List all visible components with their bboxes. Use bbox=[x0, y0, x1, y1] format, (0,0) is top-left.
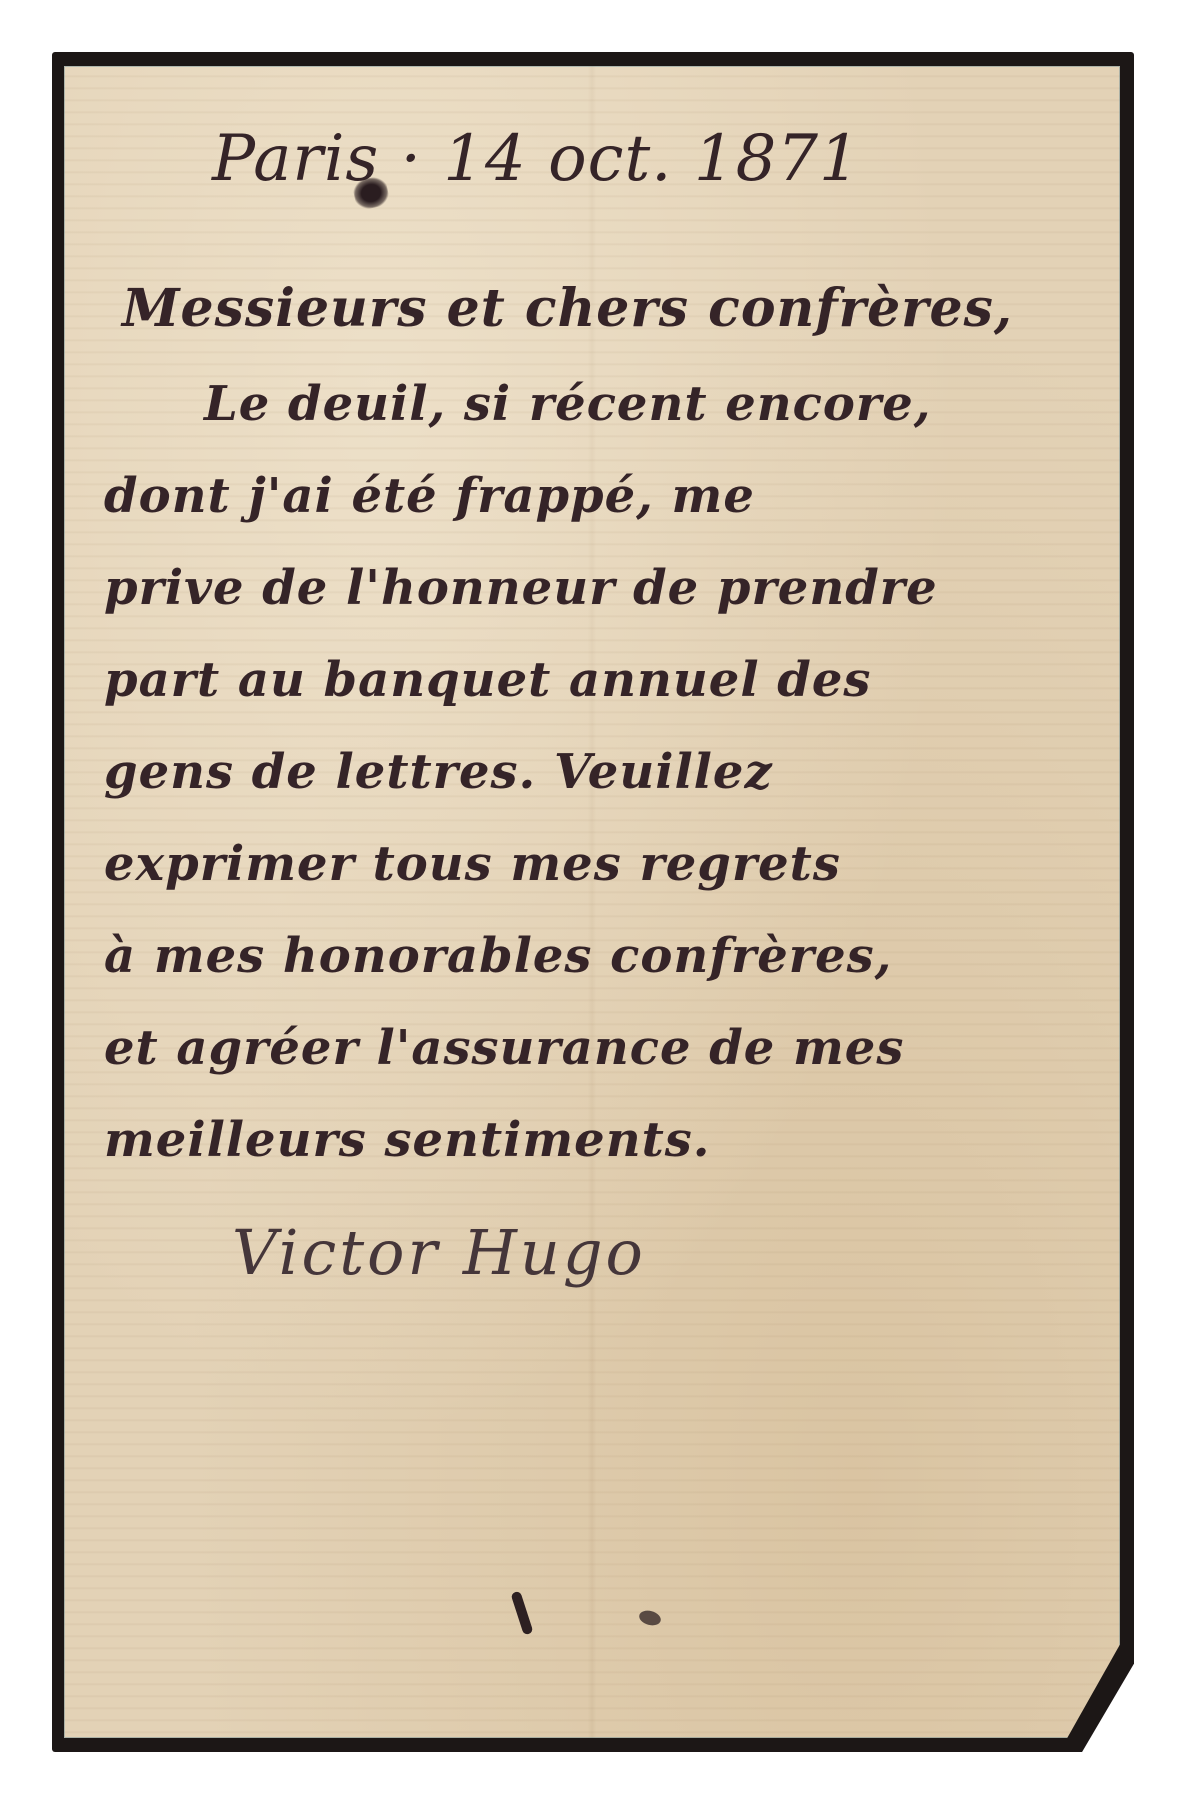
signature: Victor Hugo bbox=[232, 1216, 646, 1289]
ink-blot bbox=[351, 175, 390, 211]
body-line: à mes honorables confrères, bbox=[104, 928, 892, 984]
ink-mark bbox=[510, 1591, 533, 1636]
body-line: dont j'ai été frappé, me bbox=[104, 468, 755, 524]
ink-mark bbox=[638, 1608, 663, 1627]
letter-paper: Paris · 14 oct. 1871 Messieurs et chers … bbox=[64, 66, 1120, 1738]
body-line: meilleurs sentiments. bbox=[104, 1112, 711, 1168]
body-line: et agréer l'assurance de mes bbox=[104, 1020, 904, 1076]
body-line: Le deuil, si récent encore, bbox=[204, 376, 931, 432]
body-line: exprimer tous mes regrets bbox=[104, 836, 841, 892]
body-line: gens de lettres. Veuillez bbox=[104, 744, 773, 800]
letter-sheet-mourning-border: Paris · 14 oct. 1871 Messieurs et chers … bbox=[52, 52, 1134, 1752]
body-line: prive de l'honneur de prendre bbox=[104, 560, 938, 616]
salutation: Messieurs et chers confrères, bbox=[122, 278, 1013, 339]
body-line: part au banquet annuel des bbox=[104, 652, 871, 708]
dateline: Paris · 14 oct. 1871 bbox=[212, 122, 861, 196]
